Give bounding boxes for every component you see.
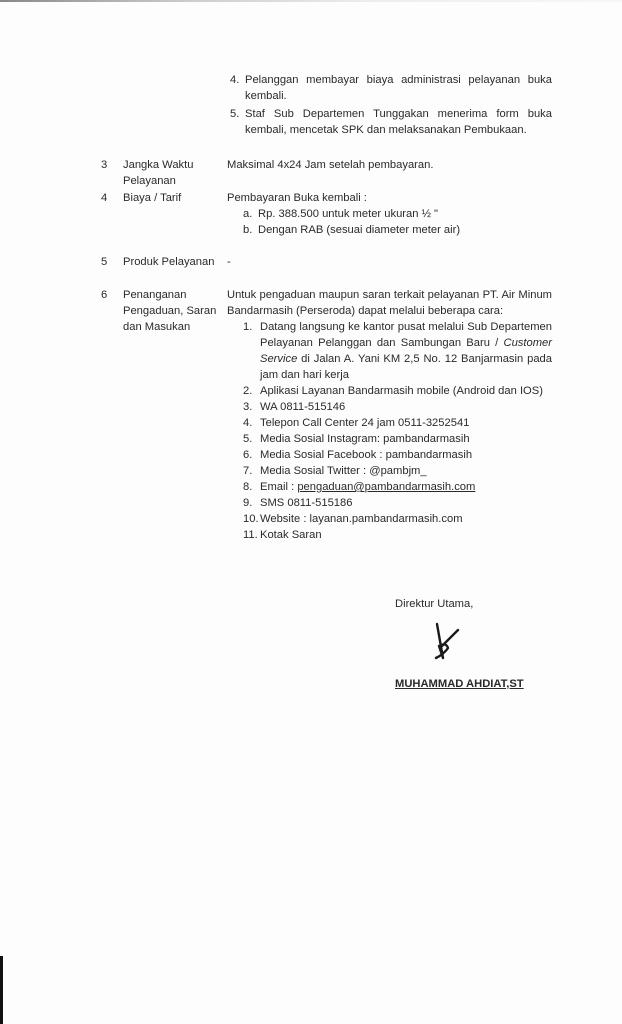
- row-number: 5: [101, 254, 107, 270]
- item-number: 1.: [243, 319, 252, 335]
- email-link[interactable]: pengaduan@pambandarmasih.com: [297, 481, 475, 493]
- item-number: 5.: [243, 431, 252, 447]
- row-label: dan Masukan: [123, 319, 190, 335]
- step-text: kembali.: [245, 88, 287, 104]
- row-label: Pelayanan: [123, 173, 176, 189]
- signature-icon: [428, 618, 468, 666]
- complaint-channel: Media Sosial Twitter : @pambjm_: [260, 463, 427, 479]
- item-number: 7.: [243, 463, 252, 479]
- complaint-channel: Datang langsung ke kantor pusat melalui …: [260, 319, 552, 335]
- fee-item: Rp. 388.500 untuk meter ukuran ½ ": [258, 206, 438, 222]
- scan-top-edge: [0, 0, 622, 2]
- item-number: 3.: [243, 399, 252, 415]
- item-number: 6.: [243, 447, 252, 463]
- complaint-channel: Aplikasi Layanan Bandarmasih mobile (And…: [260, 383, 543, 399]
- row-label: Produk Pelayanan: [123, 254, 214, 270]
- row-number: 6: [101, 287, 107, 303]
- row-label: Biaya / Tarif: [123, 190, 181, 206]
- item-letter: b.: [243, 222, 252, 238]
- complaint-channel: Website : layanan.pambandarmasih.com: [260, 511, 463, 527]
- item-number: 10.: [243, 511, 259, 527]
- complaint-channel: Pelayanan Pelanggan dan Sambungan Baru /…: [260, 335, 552, 351]
- text-italic: Service: [260, 353, 297, 365]
- complaint-channel: WA 0811-515146: [260, 399, 345, 415]
- complaint-channel: Media Sosial Facebook : pambandarmasih: [260, 447, 472, 463]
- fee-item: Dengan RAB (sesuai diameter meter air): [258, 222, 460, 238]
- row-number: 3: [101, 157, 107, 173]
- complaint-channel: jam dan hari kerja: [260, 367, 349, 383]
- complaint-channel: Service di Jalan A. Yani KM 2,5 No. 12 B…: [260, 351, 552, 367]
- complaint-channel: Telepon Call Center 24 jam 0511-3252541: [260, 415, 469, 431]
- item-number: 8.: [243, 479, 252, 495]
- text: Pelayanan Pelanggan dan Sambungan Baru /: [260, 337, 504, 349]
- item-number: 2.: [243, 383, 252, 399]
- row-value: Untuk pengaduan maupun saran terkait pel…: [227, 287, 552, 303]
- signatory-title: Direktur Utama,: [395, 596, 473, 612]
- row-number: 4: [101, 190, 107, 206]
- row-label: Penanganan: [123, 287, 186, 303]
- text: di Jalan A. Yani KM 2,5 No. 12 Banjarmas…: [297, 353, 552, 365]
- row-value: Pembayaran Buka kembali :: [227, 190, 367, 206]
- complaint-channel: Email : pengaduan@pambandarmasih.com: [260, 479, 475, 495]
- row-value: Bandarmasih (Perseroda) dapat melalui be…: [227, 303, 503, 319]
- text: Email :: [260, 481, 297, 493]
- row-label: Jangka Waktu: [123, 157, 193, 173]
- row-value: -: [227, 254, 231, 270]
- item-number: 11.: [243, 527, 258, 543]
- complaint-channel: Media Sosial Instagram: pambandarmasih: [260, 431, 470, 447]
- step-number: 4.: [230, 72, 239, 88]
- row-label: Pengaduan, Saran: [123, 303, 216, 319]
- item-number: 4.: [243, 415, 252, 431]
- row-value: Maksimal 4x24 Jam setelah pembayaran.: [227, 157, 433, 173]
- item-letter: a.: [243, 206, 252, 222]
- complaint-channel: Kotak Saran: [260, 527, 322, 543]
- step-text: Staf Sub Departemen Tunggakan menerima f…: [245, 106, 552, 122]
- item-number: 9.: [243, 495, 252, 511]
- step-text: Pelanggan membayar biaya administrasi pe…: [245, 72, 552, 88]
- text-italic: Customer: [504, 337, 553, 349]
- step-number: 5.: [230, 106, 239, 122]
- scan-left-edge: [0, 956, 3, 1024]
- step-text: kembali, mencetak SPK dan melaksanakan P…: [245, 122, 527, 138]
- signatory-name: MUHAMMAD AHDIAT,ST: [395, 676, 524, 692]
- complaint-channel: SMS 0811-515186: [260, 495, 352, 511]
